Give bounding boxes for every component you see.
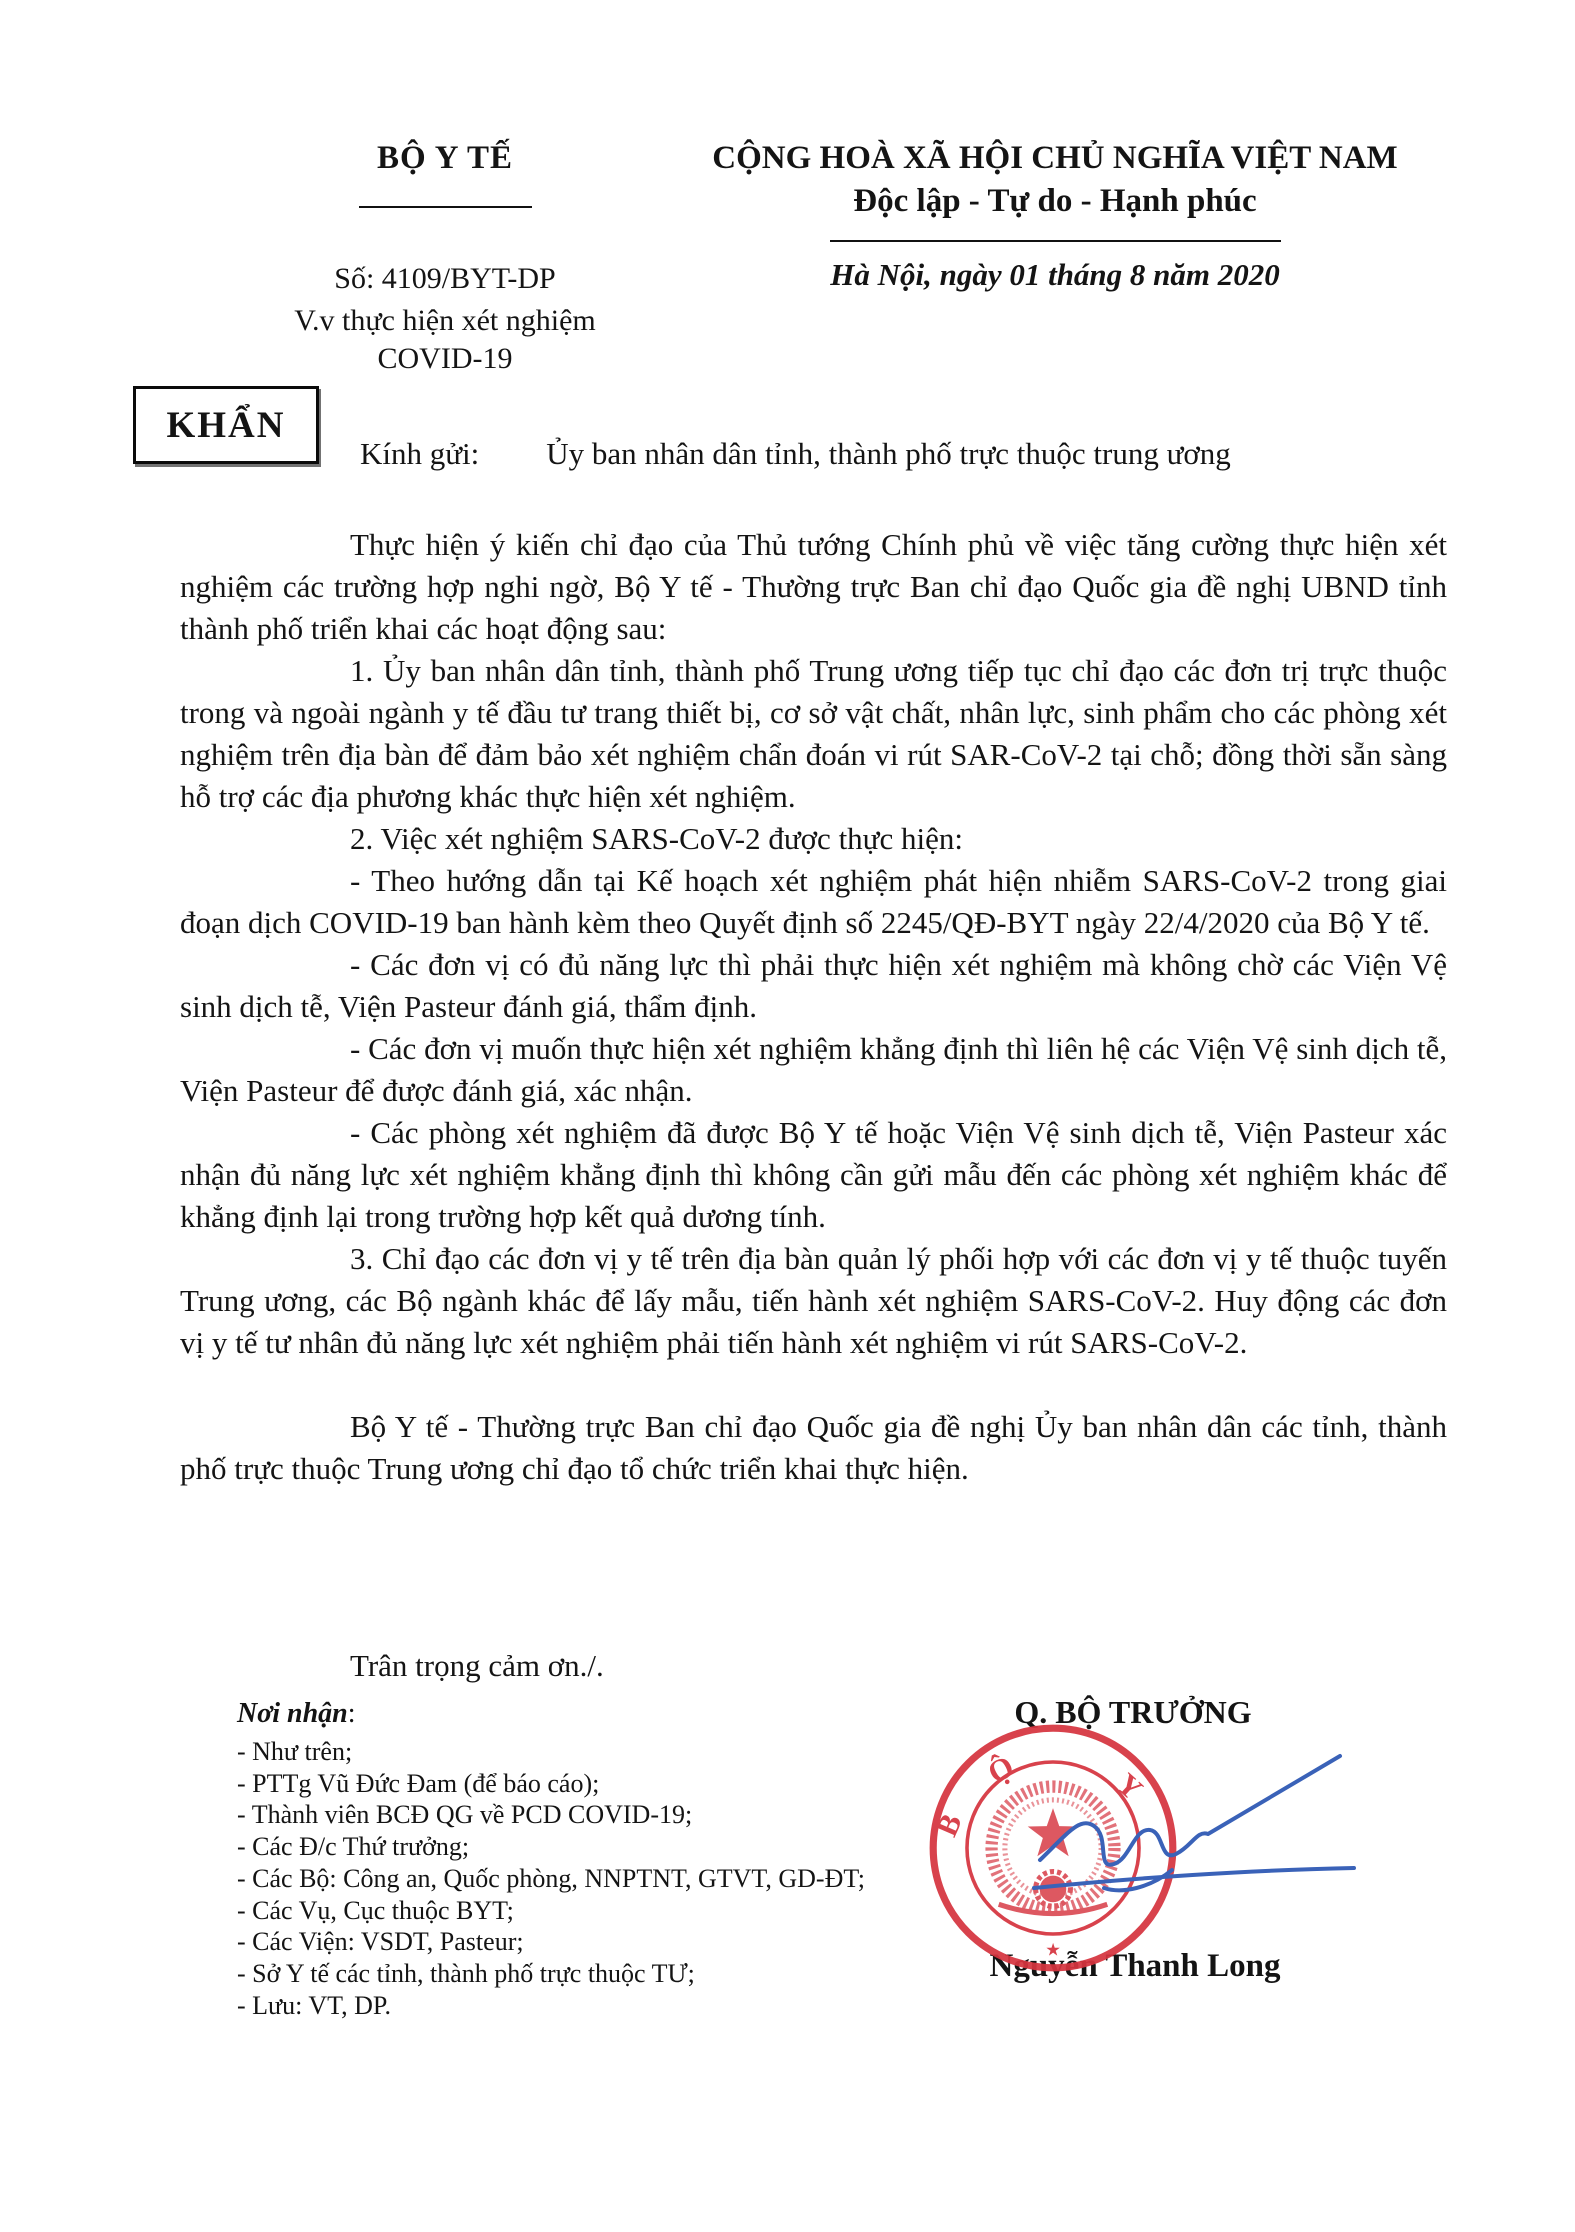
recipients-label-colon: :: [348, 1698, 356, 1729]
recipient-item: - Các Viện: VSDT, Pasteur;: [237, 1926, 857, 1958]
letter-body: Thực hiện ý kiến chỉ đạo của Thủ tướng C…: [180, 524, 1447, 1490]
urgency-stamp-box: KHẨN: [133, 386, 319, 464]
recipient-item: - Như trên;: [237, 1736, 857, 1768]
body-paragraph: 1. Ủy ban nhân dân tỉnh, thành phố Trung…: [180, 650, 1447, 818]
salutation-recipient: Ủy ban nhân dân tỉnh, thành phố trực thu…: [546, 436, 1231, 471]
recipient-item: - Các Đ/c Thứ trưởng;: [237, 1831, 857, 1863]
recipient-item: - Sở Y tế các tỉnh, thành phố trực thuộc…: [237, 1958, 857, 1990]
recipient-item: - Lưu: VT, DP.: [237, 1990, 857, 2022]
body-paragraph: - Các đơn vị có đủ năng lực thì phải thự…: [180, 944, 1447, 1028]
body-paragraph: - Theo hướng dẫn tại Kế hoạch xét nghiệm…: [180, 860, 1447, 944]
recipients-label-text: Nơi nhận: [237, 1698, 348, 1729]
motto-divider-line: [830, 240, 1281, 242]
salutation-line: Kính gửi:Ủy ban nhân dân tỉnh, thành phố…: [360, 436, 1460, 472]
recipient-item: - PTTg Vũ Đức Đam (để báo cáo);: [237, 1768, 857, 1800]
salutation-label: Kính gửi:: [360, 436, 479, 471]
national-motto-line-1: CỘNG HOÀ XÃ HỘI CHỦ NGHĨA VIỆT NAM: [665, 140, 1445, 177]
body-paragraph: Thực hiện ý kiến chỉ đạo của Thủ tướng C…: [180, 524, 1447, 650]
national-motto-line-2: Độc lập - Tự do - Hạnh phúc: [665, 183, 1445, 220]
body-paragraph: 2. Việc xét nghiệm SARS-CoV-2 được thực …: [180, 818, 1447, 860]
recipient-item: - Thành viên BCĐ QG về PCD COVID-19;: [237, 1799, 857, 1831]
subject-line-2: COVID-19: [235, 342, 655, 376]
subject-line-1: V.v thực hiện xét nghiệm: [235, 304, 655, 338]
body-paragraph: - Các đơn vị muốn thực hiện xét nghiệm k…: [180, 1028, 1447, 1112]
star-icon: ★: [1045, 1940, 1061, 1960]
recipient-item: - Các Bộ: Công an, Quốc phòng, NNPTNT, G…: [237, 1863, 857, 1895]
issuing-org-name: BỘ Y TẾ: [275, 140, 615, 177]
recipients-label: Nơi nhận:: [237, 1698, 356, 1730]
body-paragraph: 3. Chỉ đạo các đơn vị y tế trên địa bàn …: [180, 1238, 1447, 1364]
document-page: BỘ Y TẾ Số: 4109/BYT-DP V.v thực hiện xé…: [0, 0, 1575, 2232]
org-divider-line: [359, 206, 532, 208]
closing-line: Trân trọng cảm ơn./.: [350, 1648, 604, 1684]
place-date-line: Hà Nội, ngày 01 tháng 8 năm 2020: [665, 257, 1445, 293]
handwritten-signature: [1022, 1742, 1362, 1912]
document-number: Số: 4109/BYT-DP: [255, 262, 635, 296]
recipient-item: - Các Vụ, Cục thuộc BYT;: [237, 1895, 857, 1927]
recipients-list: - Như trên;- PTTg Vũ Đức Đam (để báo cáo…: [237, 1736, 857, 2021]
body-paragraph: Bộ Y tế - Thường trực Ban chỉ đạo Quốc g…: [180, 1406, 1447, 1490]
body-paragraph: - Các phòng xét nghiệm đã được Bộ Y tế h…: [180, 1112, 1447, 1238]
